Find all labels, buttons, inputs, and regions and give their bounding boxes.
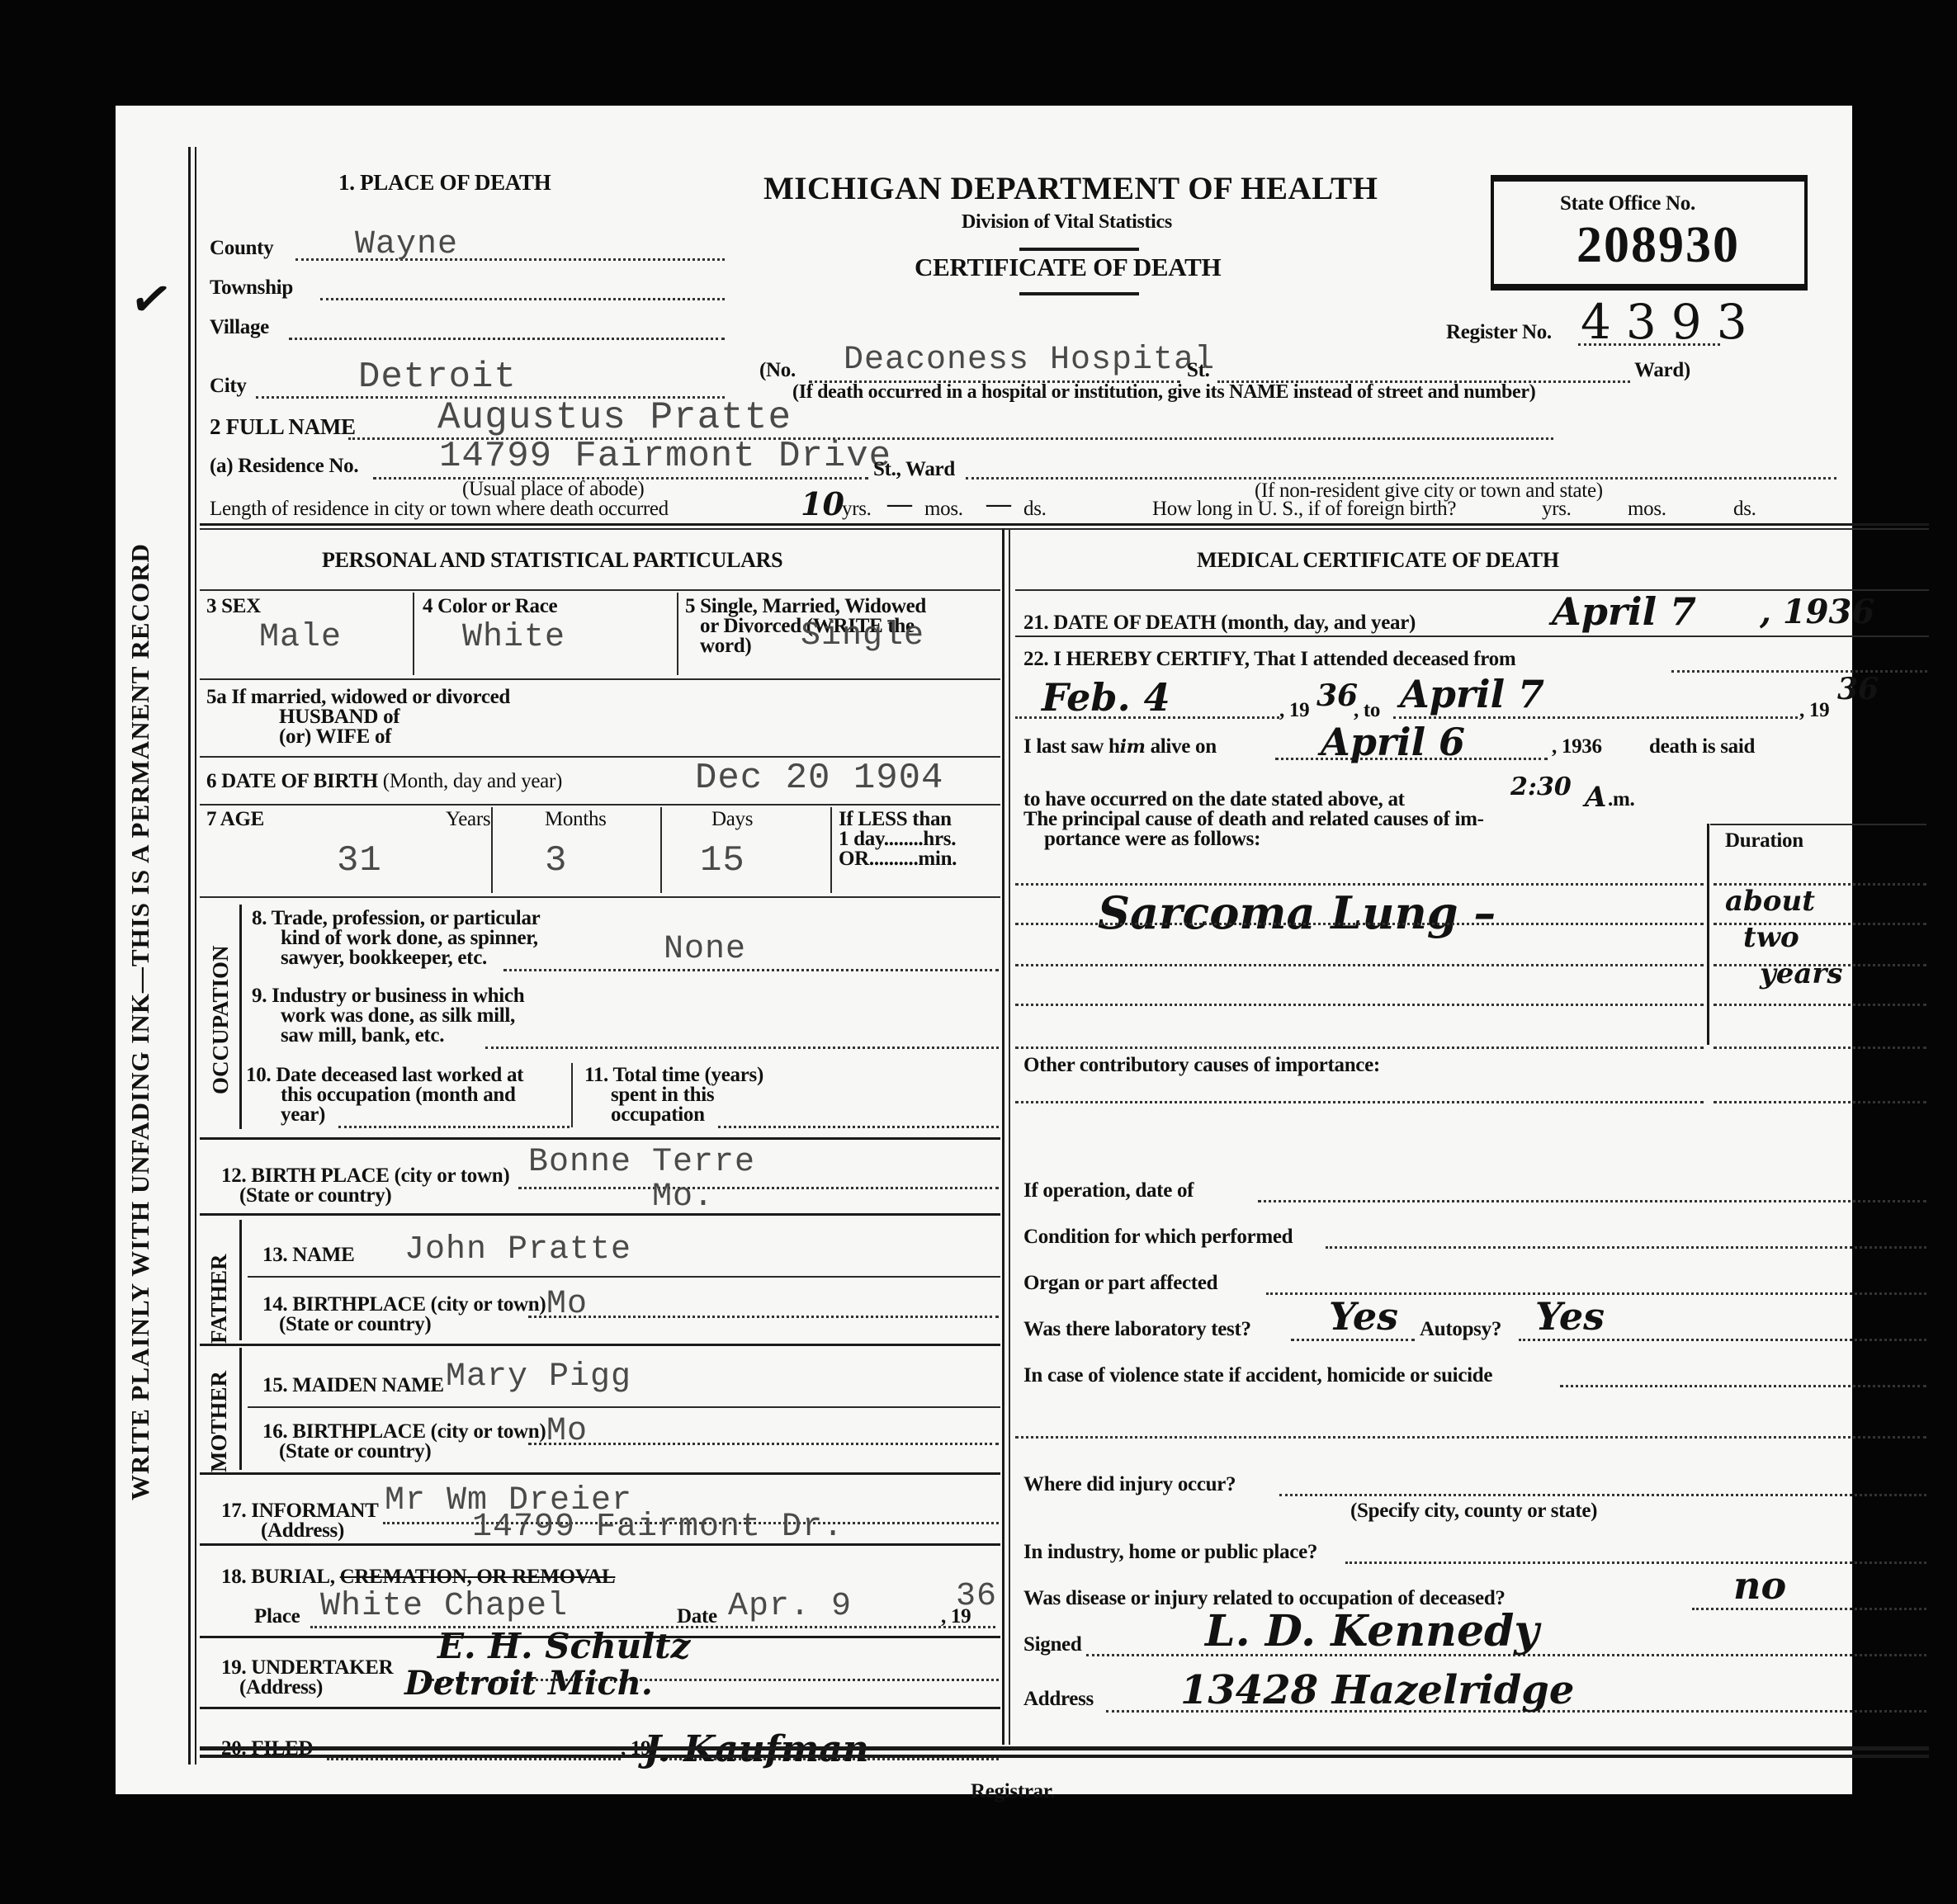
mos-label: mos.	[924, 498, 963, 520]
mother-birthplace-label-2: (State or country)	[279, 1441, 431, 1462]
state-office-number: 208930	[1576, 216, 1740, 275]
certify-label: 22. I HEREBY CERTIFY, That I attended de…	[1023, 649, 1515, 670]
spouse-label-3: (or) WIFE of	[279, 726, 391, 748]
burial-struck-label: CREMATION, OR REMOVAL	[340, 1566, 616, 1588]
other-line-2	[1015, 1101, 1704, 1103]
autopsy-label: Autopsy?	[1420, 1319, 1501, 1340]
rule	[200, 1707, 1000, 1709]
duration-column-rule	[1707, 824, 1709, 1045]
rule	[830, 807, 832, 893]
dob-value[interactable]: Dec 20 1904	[695, 758, 943, 799]
rule	[660, 807, 662, 893]
register-number: 4393	[1581, 294, 1762, 350]
marital-value[interactable]: Single	[801, 617, 924, 654]
injury-where-label: Where did injury occur?	[1023, 1474, 1236, 1495]
certify-line	[1671, 670, 1927, 673]
date-of-death-year[interactable]: , 1936	[1760, 593, 1874, 631]
rule	[1015, 635, 1929, 637]
rule	[200, 1472, 1000, 1475]
operation-label: If operation, date of	[1023, 1180, 1194, 1202]
residence-label: (a) Residence No.	[210, 456, 358, 477]
register-label: Register No.	[1446, 322, 1552, 343]
duration-line-2	[1714, 923, 1926, 925]
to-year-prefix: , 19	[1799, 700, 1829, 721]
ds-label: ds.	[1023, 498, 1047, 520]
institution-note: (If death occurred in a hospital or inst…	[792, 381, 1535, 403]
injury-where-line	[1279, 1494, 1926, 1496]
total-time-line	[718, 1126, 999, 1128]
last-saw-year[interactable]: , 1936	[1552, 736, 1602, 758]
mother-name-value[interactable]: Mary Pigg	[446, 1358, 631, 1396]
rule	[200, 589, 1000, 591]
last-worked-line	[338, 1126, 570, 1128]
occupational-line	[1692, 1608, 1926, 1610]
section-rule-top	[200, 523, 1929, 526]
rule	[1710, 824, 1926, 825]
mother-side-label: MOTHER	[206, 1371, 232, 1472]
sex-value[interactable]: Male	[259, 619, 342, 656]
cause-line-3	[1015, 964, 1704, 966]
last-saw-pronoun[interactable]: im	[1120, 736, 1146, 758]
place-of-death-heading: 1. PLACE OF DEATH	[338, 172, 551, 193]
autopsy-value[interactable]: Yes	[1535, 1294, 1605, 1339]
attended-from-value[interactable]: Feb. 4	[1042, 675, 1170, 720]
rule	[200, 896, 1000, 898]
rule	[1015, 589, 1929, 591]
to-year-value[interactable]: 36	[1837, 672, 1879, 706]
registrar-label: Registrar.	[971, 1781, 1055, 1802]
full-name-label: 2 FULL NAME	[210, 416, 356, 437]
checkmark-icon: ✓	[125, 267, 177, 332]
last-saw-date-value[interactable]: April 6	[1321, 720, 1465, 764]
violence-line-2	[1015, 1436, 1926, 1439]
county-label: County	[210, 238, 273, 259]
birthplace-city-value[interactable]: Bonne Terre	[528, 1144, 755, 1181]
dob-label-text: 6 DATE OF BIRTH	[206, 770, 378, 792]
operation-line	[1258, 1200, 1926, 1202]
alive-on-text: alive on	[1151, 735, 1217, 758]
death-said-label: death is said	[1649, 736, 1755, 758]
trade-value[interactable]: None	[664, 931, 746, 968]
industry-line	[485, 1046, 999, 1049]
to-line	[1393, 716, 1798, 719]
duration-line-6	[1714, 1101, 1926, 1103]
rule	[248, 1406, 1000, 1408]
mother-birthplace-line	[528, 1443, 999, 1445]
yrs-label: yrs.	[842, 498, 872, 520]
informant-address-value[interactable]: 14799 Fairmont Dr.	[472, 1509, 844, 1546]
rule	[571, 1063, 573, 1127]
length-mos-value[interactable]: —	[887, 494, 912, 515]
lab-test-value[interactable]: Yes	[1329, 1294, 1398, 1339]
dob-label: 6 DATE OF BIRTH (Month, day and year)	[206, 771, 562, 792]
rule	[239, 1220, 242, 1340]
left-rule	[188, 147, 191, 1765]
duration-value-1[interactable]: about	[1725, 885, 1815, 918]
death-certificate-paper: WRITE PLAINLY WITH UNFADING INK—THIS IS …	[116, 106, 1852, 1794]
doctor-address-label: Address	[1023, 1689, 1094, 1710]
occupational-value[interactable]: no	[1733, 1563, 1786, 1608]
duration-value-2[interactable]: two	[1743, 921, 1799, 954]
rule	[413, 593, 414, 675]
village-line	[289, 338, 725, 340]
age-years-label: Years	[446, 809, 490, 830]
father-birthplace-line	[528, 1316, 999, 1318]
age-days-value[interactable]: 15	[700, 840, 745, 881]
sex-label: 3 SEX	[206, 596, 261, 617]
violence-label: In case of violence state if accident, h…	[1023, 1365, 1492, 1387]
city-value[interactable]: Detroit	[358, 357, 517, 398]
duration-value-3[interactable]: years	[1760, 957, 1842, 990]
state-office-label: State Office No.	[1560, 193, 1695, 215]
rule	[200, 1344, 1000, 1346]
duration-label: Duration	[1725, 830, 1803, 852]
doctor-address-value[interactable]: 13428 Hazelridge	[1180, 1667, 1574, 1713]
last-worked-label-3: year)	[281, 1104, 325, 1126]
age-months-value[interactable]: 3	[545, 840, 567, 881]
village-label: Village	[210, 317, 269, 338]
burial-year-value[interactable]: 36	[956, 1578, 997, 1615]
father-birthplace-label-2: (State or country)	[279, 1314, 431, 1335]
meridiem-suffix: .m.	[1608, 789, 1634, 810]
violence-line-1	[1560, 1385, 1926, 1387]
undertaker-name-value[interactable]: E. H. Schultz	[437, 1626, 690, 1666]
foreign-birth-label: How long in U. S., if of foreign birth?	[1152, 498, 1456, 520]
ward-label: Ward)	[1634, 360, 1690, 381]
less-than-label-3: OR..........min.	[839, 848, 957, 870]
date-of-death-label: 21. DATE OF DEATH (month, day, and year)	[1023, 612, 1416, 634]
duration-line-3	[1714, 964, 1926, 966]
lab-test-label: Was there laboratory test?	[1023, 1319, 1251, 1340]
medical-section-title: MEDICAL CERTIFICATE OF DEATH	[1197, 550, 1559, 571]
from-year-value[interactable]: 36	[1316, 678, 1358, 713]
length-ds-value[interactable]: —	[986, 494, 1011, 515]
burial-place-value[interactable]: White Chapel	[320, 1588, 568, 1625]
margin-note: WRITE PLAINLY WITH UNFADING INK—THIS IS …	[125, 543, 155, 1500]
rule	[200, 804, 1000, 806]
other-causes-label: Other contributory causes of importance:	[1023, 1055, 1380, 1076]
foreign-mos-label: mos.	[1628, 498, 1666, 520]
autopsy-line	[1519, 1339, 1926, 1341]
rule	[248, 1276, 1000, 1278]
rule	[677, 593, 678, 675]
left-rule-inner	[195, 147, 196, 1765]
signed-label: Signed	[1023, 1634, 1081, 1656]
foreign-ds-label: ds.	[1733, 498, 1756, 520]
from-year-prefix: , 19	[1279, 700, 1309, 721]
burial-label: 18. BURIAL, CREMATION, OR REMOVAL	[221, 1566, 615, 1588]
birthplace-label-2: (State or country)	[239, 1185, 391, 1207]
cause-line-1	[1015, 883, 1704, 886]
organ-label: Organ or part affected	[1023, 1273, 1217, 1294]
last-saw-label: I last saw him alive on	[1023, 736, 1217, 758]
industry-place-line	[1345, 1561, 1926, 1564]
bottom-rule	[200, 1746, 1929, 1750]
burial-place-label: Place	[254, 1606, 300, 1628]
last-saw-text: I last saw h	[1023, 735, 1120, 758]
trade-label-3: sawyer, bookkeeper, etc.	[281, 947, 487, 969]
father-name-label: 13. NAME	[262, 1245, 354, 1266]
signed-value[interactable]: L. D. Kennedy	[1205, 1606, 1539, 1656]
dob-sub-label: (Month, day and year)	[383, 770, 562, 792]
center-divider	[1002, 528, 1004, 1745]
race-value[interactable]: White	[462, 619, 565, 656]
duration-line-5	[1714, 1046, 1926, 1049]
lab-test-line	[1291, 1339, 1415, 1341]
undertaker-address-label: (Address)	[239, 1677, 323, 1698]
length-residence-label: Length of residence in city or town wher…	[210, 498, 669, 520]
state-office-box: State Office No. 208930	[1491, 175, 1808, 291]
attended-to-value[interactable]: April 7	[1400, 672, 1544, 716]
birthplace-line	[518, 1187, 999, 1189]
residence-value[interactable]: 14799 Fairmont Drive	[439, 436, 891, 477]
other-line-1	[1015, 1046, 1704, 1049]
county-value[interactable]: Wayne	[355, 226, 458, 263]
condition-line	[1326, 1246, 1926, 1249]
register-line	[1578, 343, 1720, 346]
rule	[239, 905, 242, 1129]
total-time-label-3: occupation	[611, 1104, 705, 1126]
township-line	[320, 298, 725, 300]
burial-date-label: Date	[677, 1606, 717, 1628]
street-label: St.	[1187, 360, 1210, 381]
father-side-label: FATHER	[206, 1254, 232, 1344]
city-label: City	[210, 376, 247, 397]
rule	[200, 1213, 1000, 1216]
rule	[200, 678, 1000, 680]
race-label: 4 Color or Race	[423, 596, 557, 617]
undertaker-address-value[interactable]: Detroit Mich.	[404, 1664, 653, 1703]
meridiem-value[interactable]: A	[1585, 781, 1606, 814]
age-days-label: Days	[711, 809, 753, 830]
father-birthplace-value[interactable]: Mo	[546, 1286, 588, 1323]
rule	[200, 1543, 1000, 1546]
age-years-value[interactable]: 31	[337, 840, 382, 881]
division-title: Division of Vital Statistics	[962, 211, 1172, 233]
duration-line-1	[1714, 883, 1926, 886]
personal-section-title: PERSONAL AND STATISTICAL PARTICULARS	[322, 550, 782, 571]
industry-label-3: saw mill, bank, etc.	[281, 1025, 444, 1046]
time-value[interactable]: 2:30	[1510, 772, 1572, 801]
duration-line-4	[1714, 1004, 1926, 1006]
bottom-rule-2	[200, 1755, 1929, 1758]
header-rule-2	[1019, 292, 1139, 295]
cause-line-2	[1015, 923, 1704, 925]
informant-address-label: (Address)	[261, 1520, 344, 1542]
cause-label-2: portance were as follows:	[1044, 829, 1260, 850]
township-label: Township	[210, 277, 293, 299]
from-line	[1015, 716, 1279, 719]
full-name-value[interactable]: Augustus Pratte	[437, 396, 792, 439]
industry-place-label: In industry, home or public place?	[1023, 1542, 1317, 1563]
foreign-yrs-label: yrs.	[1542, 498, 1572, 520]
rule	[239, 1348, 242, 1470]
street-no-label: (No.	[759, 360, 796, 381]
cause-value[interactable]: Sarcoma Lung –	[1098, 886, 1496, 939]
date-of-death-value[interactable]: April 7	[1552, 589, 1696, 634]
filed-line	[327, 1758, 621, 1760]
birthplace-state-value[interactable]: Mo.	[652, 1179, 714, 1216]
burial-label-text: 18. BURIAL,	[221, 1566, 335, 1588]
marital-label-3: word)	[700, 635, 751, 657]
section-rule-top-2	[200, 528, 1929, 530]
to-label: , to	[1354, 700, 1380, 721]
mother-name-label: 15. MAIDEN NAME	[262, 1375, 444, 1396]
institution-value[interactable]: Deaconess Hospital	[844, 342, 1215, 379]
rule	[200, 1137, 1000, 1140]
rule	[491, 807, 493, 893]
condition-label: Condition for which performed	[1023, 1226, 1293, 1248]
age-label: 7 AGE	[206, 809, 264, 830]
length-yrs-value[interactable]: 10	[801, 485, 844, 522]
form-title: CERTIFICATE OF DEATH	[915, 254, 1221, 281]
injury-where-note: (Specify city, county or state)	[1350, 1500, 1597, 1522]
mother-birthplace-value[interactable]: Mo	[546, 1413, 588, 1450]
burial-date-value[interactable]: Apr. 9	[728, 1588, 852, 1625]
occupation-side-label: OCCUPATION	[208, 946, 234, 1095]
agency-title: MICHIGAN DEPARTMENT OF HEALTH	[763, 170, 1378, 207]
trade-line	[503, 969, 999, 971]
father-name-value[interactable]: John Pratte	[404, 1231, 631, 1269]
age-months-label: Months	[545, 809, 607, 830]
st-ward-label: St., Ward	[873, 459, 955, 480]
center-divider-2	[1009, 528, 1010, 1745]
header-rule	[1019, 248, 1139, 251]
cause-line-4	[1015, 1004, 1704, 1006]
